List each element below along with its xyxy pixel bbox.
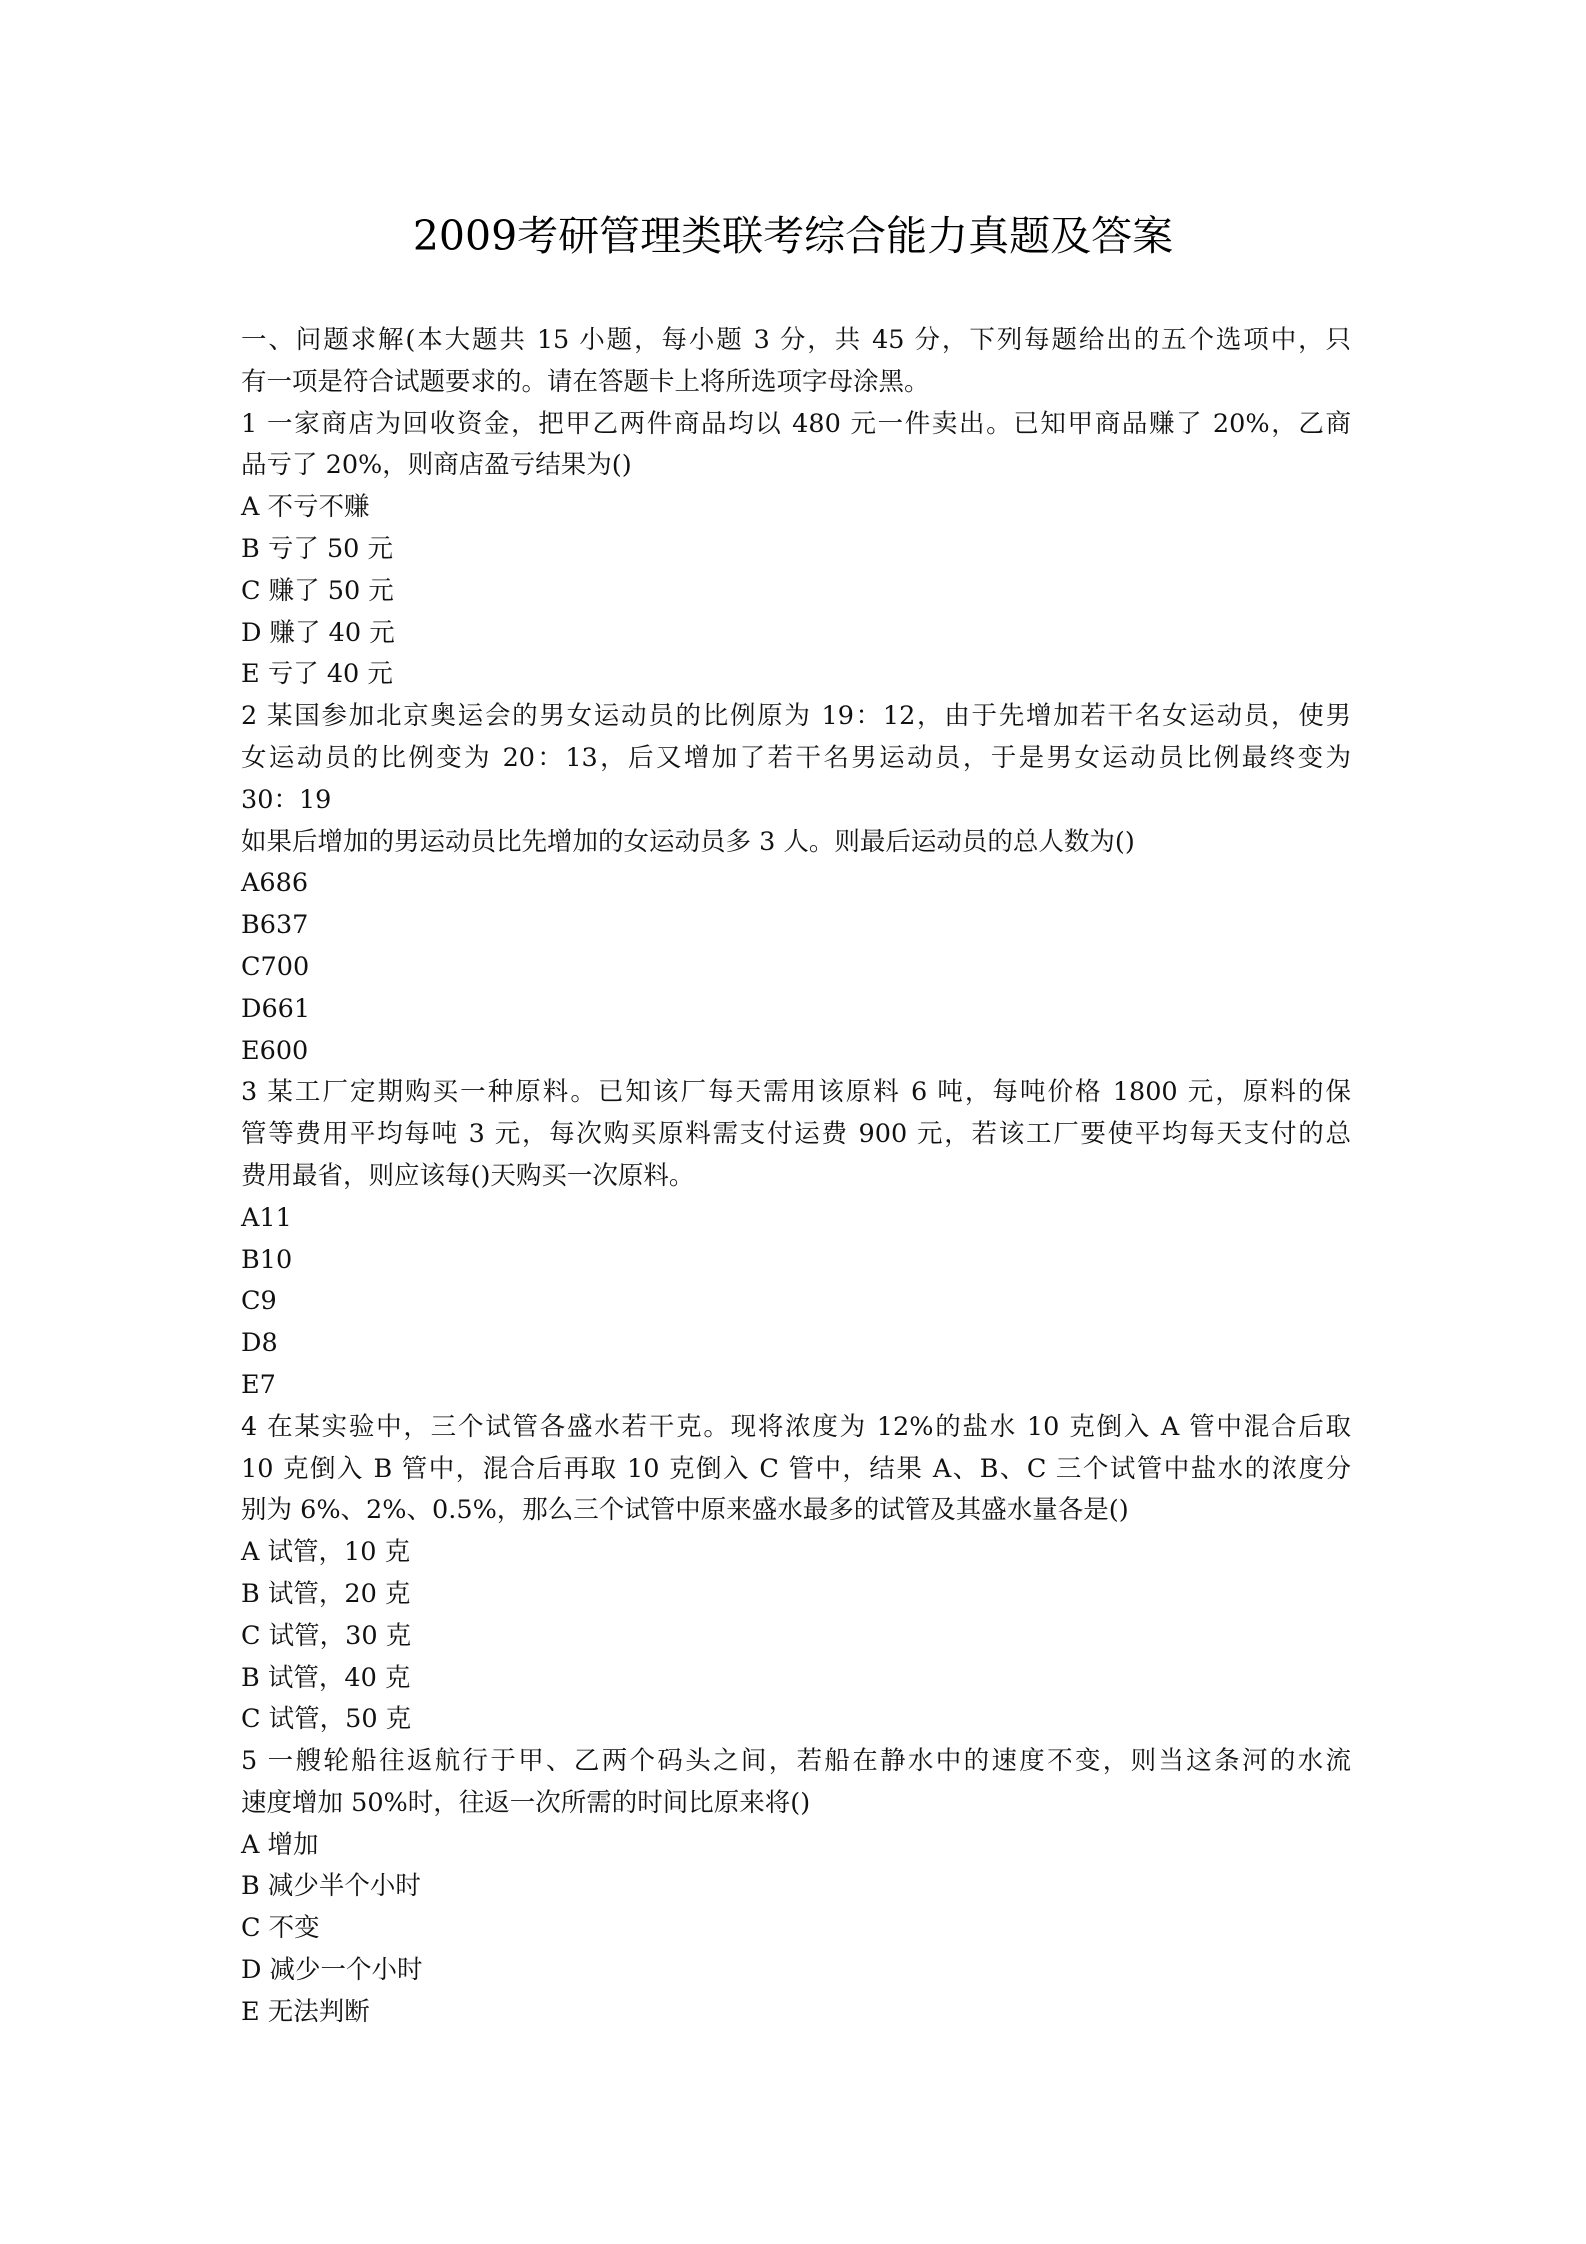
question-stem-line: 费用最省，则应该每()天购买一次原料。 [241, 1156, 1351, 1198]
answer-option-a: A 试管，10 克 [241, 1532, 1351, 1574]
answer-option-d: D 赚了 40 元 [241, 613, 1351, 655]
question-5: 5 一艘轮船往返航行于甲、乙两个码头之间，若船在静水中的速度不变，则当这条河的水… [241, 1741, 1351, 2034]
answer-option-d: D 减少一个小时 [241, 1950, 1351, 1992]
answer-option-c: C 不变 [241, 1908, 1351, 1950]
question-stem-line: 管等费用平均每吨 3 元，每次购买原料需支付运费 900 元，若该工厂要使平均每… [241, 1114, 1351, 1156]
question-stem-line: 别为 6%、2%、0.5%，那么三个试管中原来盛水最多的试管及其盛水量各是() [241, 1490, 1351, 1532]
question-2: 2 某国参加北京奥运会的男女运动员的比例原为 19：12，由于先增加若干名女运动… [241, 696, 1351, 1072]
answer-option-e: E7 [241, 1365, 1351, 1407]
answer-option-d: B 试管，40 克 [241, 1658, 1351, 1700]
question-stem-line: 速度增加 50%时，往返一次所需的时间比原来将() [241, 1783, 1351, 1825]
answer-option-c: C9 [241, 1281, 1351, 1323]
answer-option-c: C 试管，30 克 [241, 1616, 1351, 1658]
question-stem-line: 5 一艘轮船往返航行于甲、乙两个码头之间，若船在静水中的速度不变，则当这条河的水… [241, 1741, 1351, 1783]
answer-option-b: B 亏了 50 元 [241, 529, 1351, 571]
question-stem-line: 如果后增加的男运动员比先增加的女运动员多 3 人。则最后运动员的总人数为() [241, 822, 1351, 864]
question-4: 4 在某实验中，三个试管各盛水若干克。现将浓度为 12%的盐水 10 克倒入 A… [241, 1407, 1351, 1741]
answer-option-a: A 不亏不赚 [241, 487, 1351, 529]
answer-option-b: B10 [241, 1240, 1351, 1282]
answer-option-e: E 亏了 40 元 [241, 654, 1351, 696]
answer-option-d: D661 [241, 989, 1351, 1031]
question-stem-line: 4 在某实验中，三个试管各盛水若干克。现将浓度为 12%的盐水 10 克倒入 A… [241, 1407, 1351, 1449]
answer-option-b: B 减少半个小时 [241, 1866, 1351, 1908]
answer-option-d: D8 [241, 1323, 1351, 1365]
question-stem-line: 30：19 [241, 780, 1351, 822]
answer-option-e: E600 [241, 1031, 1351, 1073]
section-intro: 一、问题求解(本大题共 15 小题，每小题 3 分，共 45 分，下列每题给出的… [241, 320, 1351, 404]
question-stem-line: 2 某国参加北京奥运会的男女运动员的比例原为 19：12，由于先增加若干名女运动… [241, 696, 1351, 738]
answer-option-a: A 增加 [241, 1825, 1351, 1867]
page-title: 2009考研管理类联考综合能力真题及答案 [0, 206, 1586, 266]
question-3: 3 某工厂定期购买一种原料。已知该厂每天需用该原料 6 吨，每吨价格 1800 … [241, 1072, 1351, 1406]
question-stem-line: 10 克倒入 B 管中，混合后再取 10 克倒入 C 管中，结果 A、B、C 三… [241, 1449, 1351, 1491]
section-intro-line: 一、问题求解(本大题共 15 小题，每小题 3 分，共 45 分，下列每题给出的… [241, 320, 1351, 362]
answer-option-e: C 试管，50 克 [241, 1699, 1351, 1741]
answer-option-a: A686 [241, 863, 1351, 905]
answer-option-c: C 赚了 50 元 [241, 571, 1351, 613]
question-stem-line: 品亏了 20%，则商店盈亏结果为() [241, 445, 1351, 487]
question-stem-line: 女运动员的比例变为 20：13，后又增加了若干名男运动员，于是男女运动员比例最终… [241, 738, 1351, 780]
answer-option-a: A11 [241, 1198, 1351, 1240]
answer-option-e: E 无法判断 [241, 1992, 1351, 2034]
answer-option-c: C700 [241, 947, 1351, 989]
question-1: 1 一家商店为回收资金，把甲乙两件商品均以 480 元一件卖出。已知甲商品赚了 … [241, 404, 1351, 697]
document-page: 2009考研管理类联考综合能力真题及答案 一、问题求解(本大题共 15 小题，每… [0, 0, 1586, 2244]
answer-option-b: B 试管，20 克 [241, 1574, 1351, 1616]
question-stem-line: 3 某工厂定期购买一种原料。已知该厂每天需用该原料 6 吨，每吨价格 1800 … [241, 1072, 1351, 1114]
question-stem-line: 1 一家商店为回收资金，把甲乙两件商品均以 480 元一件卖出。已知甲商品赚了 … [241, 404, 1351, 446]
document-body: 一、问题求解(本大题共 15 小题，每小题 3 分，共 45 分，下列每题给出的… [241, 320, 1351, 2034]
answer-option-b: B637 [241, 905, 1351, 947]
section-intro-line: 有一项是符合试题要求的。请在答题卡上将所选项字母涂黑。 [241, 362, 1351, 404]
